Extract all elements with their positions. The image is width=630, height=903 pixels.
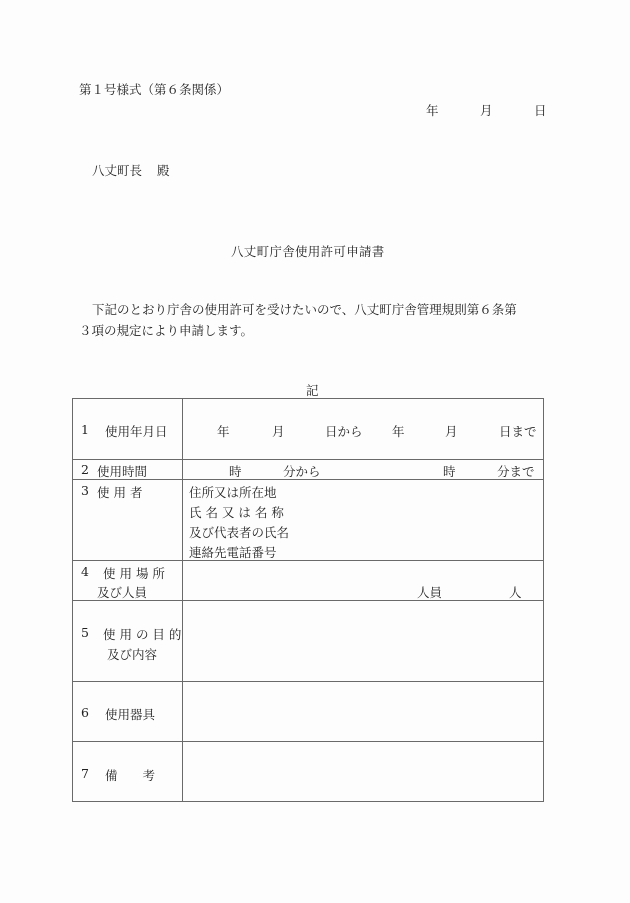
purpose-field[interactable] [183, 601, 543, 681]
representative-field[interactable]: 及び代表者の氏名 [189, 523, 289, 541]
equipment-field[interactable] [183, 682, 543, 741]
start-day-field[interactable]: 日から [325, 422, 363, 440]
end-day-field[interactable]: 日まで [499, 422, 537, 440]
start-year-field[interactable]: 年 [217, 422, 230, 440]
row-number: 5 [81, 625, 89, 640]
row-divider [73, 560, 543, 561]
date-day-label: 日 [534, 101, 547, 119]
remarks-field[interactable] [183, 742, 543, 801]
row-number: 6 [81, 705, 89, 720]
ki-heading: 記 [306, 381, 319, 399]
address-field[interactable]: 住所又は所在地 [189, 483, 277, 501]
row-label: 備 考 [105, 766, 155, 784]
end-month-field[interactable]: 月 [445, 422, 458, 440]
start-hour-field[interactable]: 時 [229, 462, 242, 480]
row-number: 7 [81, 766, 89, 781]
addressee: 八丈町長 [92, 161, 142, 179]
row-label-line-2: 及び内容 [107, 645, 157, 663]
row-number: 1 [81, 422, 89, 437]
date-month-label: 月 [480, 101, 493, 119]
date-year-label: 年 [426, 101, 439, 119]
row-label: 使 用 の 目 的 [103, 625, 181, 643]
start-month-field[interactable]: 月 [272, 422, 285, 440]
body-text-line-1: 下記のとおり庁舎の使用許可を受けたいので、八丈町庁舎管理規則第６条第 [92, 300, 517, 318]
headcount-label[interactable]: 人員 [417, 583, 442, 601]
row-number: 4 [81, 564, 89, 579]
application-table: 1 使用年月日 年 月 日から 年 月 日まで 2 使用時間 時 分から 時 分… [72, 398, 544, 802]
phone-field[interactable]: 連絡先電話番号 [189, 543, 277, 561]
row-label: 使 用 場 所 [103, 564, 165, 582]
row-number: 3 [81, 483, 89, 498]
row-label: 使用器具 [105, 705, 155, 723]
row-label: 使用年月日 [105, 422, 168, 440]
row-label-line-2: 及び人員 [97, 583, 147, 601]
end-minute-field[interactable]: 分まで [497, 462, 535, 480]
end-year-field[interactable]: 年 [392, 422, 405, 440]
row-label: 使 用 者 [97, 483, 142, 501]
row-label: 使用時間 [97, 462, 147, 480]
addressee-honorific: 殿 [157, 161, 170, 179]
document-title: 八丈町庁舎使用許可申請書 [231, 242, 385, 260]
name-field[interactable]: 氏 名 又 は 名 称 [189, 503, 284, 521]
start-minute-field[interactable]: 分から [283, 462, 321, 480]
headcount-unit: 人 [509, 583, 522, 601]
form-number: 第１号様式（第６条関係） [79, 80, 229, 98]
end-hour-field[interactable]: 時 [443, 462, 456, 480]
row-number: 2 [81, 462, 89, 477]
row-divider [73, 459, 543, 460]
body-text-line-2: ３項の規定により申請します。 [79, 321, 253, 339]
